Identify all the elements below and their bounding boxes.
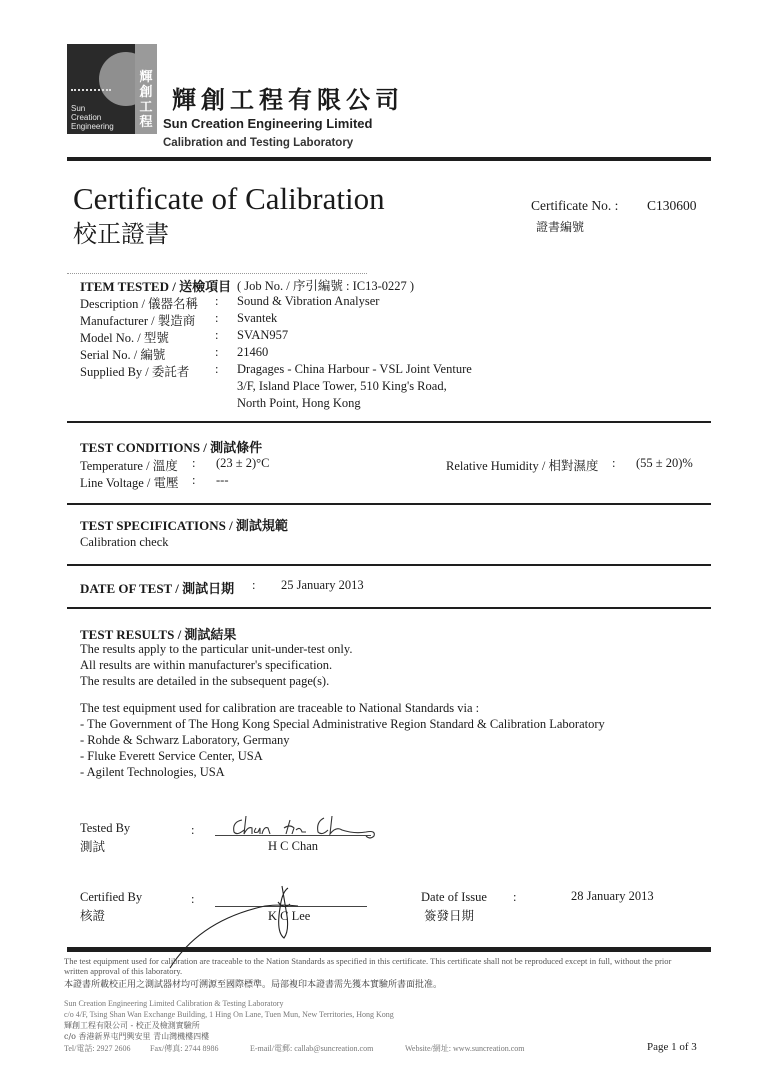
traceability-item: - Fluke Everett Service Center, USA <box>80 749 263 764</box>
job-number: ( Job No. / 序引編號 : IC13-0227 ) <box>237 276 414 294</box>
lab-name: Calibration and Testing Laboratory <box>163 137 353 149</box>
line-voltage-value: --- <box>216 473 229 488</box>
footer-website: Website/網址: www.suncreation.com <box>405 1043 524 1054</box>
company-logo: Sun Creation Engineering 輝 創 工 程 <box>67 44 157 134</box>
traceability-item: - Agilent Technologies, USA <box>80 765 225 780</box>
colon: : <box>215 345 218 360</box>
certificate-no-value: C130600 <box>647 198 697 214</box>
footer-address-en: c/o 4/F, Tsing Shan Wan Exchange Buildin… <box>64 1010 394 1019</box>
footer-email: E-mail/電郵: callab@suncreation.com <box>250 1043 373 1054</box>
traceability-intro: The test equipment used for calibration … <box>80 701 479 716</box>
footer-address-cn: c/o 香港新界屯門興安里 青山灣機樓四樓 <box>64 1031 209 1042</box>
certified-by-label-cn: 核證 <box>80 906 105 924</box>
model-label: Model No. / 型號 <box>80 328 169 346</box>
disclaimer-en: The test equipment used for calibration … <box>64 956 671 966</box>
date-of-issue-label: Date of Issue <box>421 890 487 905</box>
colon: : <box>252 578 255 593</box>
certified-by-label: Certified By <box>80 890 142 905</box>
tested-by-name: H C Chan <box>268 839 318 854</box>
line-voltage-label: Line Voltage / 電壓 <box>80 473 179 491</box>
logo-sparks <box>71 89 111 95</box>
temperature-value: (23 ± 2)°C <box>216 456 270 471</box>
footer-fax: Fax/傳真: 2744 8986 <box>150 1043 218 1054</box>
logo-char: 程 <box>139 115 152 130</box>
supplied-by-value: Dragages - China Harbour - VSL Joint Ven… <box>237 362 472 377</box>
temperature-label: Temperature / 溫度 <box>80 456 178 474</box>
colon: : <box>191 823 194 838</box>
footer-tel: Tel/電話: 2927 2606 <box>64 1043 131 1054</box>
logo-char: 創 <box>139 85 152 100</box>
colon: : <box>215 362 218 377</box>
colon: : <box>215 311 218 326</box>
result-line: All results are within manufacturer's sp… <box>80 658 332 673</box>
section-divider <box>67 564 711 566</box>
manufacturer-label: Manufacturer / 製造商 <box>80 311 195 329</box>
colon: : <box>215 328 218 343</box>
test-conditions-heading: TEST CONDITIONS / 測試條件 <box>80 437 262 456</box>
colon: : <box>215 294 218 309</box>
tested-by-label-cn: 測試 <box>80 837 105 855</box>
logo-text-line: Sun <box>71 104 114 113</box>
footer-divider <box>67 947 711 952</box>
date-of-issue-value: 28 January 2013 <box>571 889 654 904</box>
item-tested-heading: ITEM TESTED / 送檢項目 <box>80 276 231 295</box>
test-specifications-value: Calibration check <box>80 535 169 550</box>
description-label: Description / 儀器名稱 <box>80 294 198 312</box>
result-line: The results apply to the particular unit… <box>80 642 352 657</box>
test-specifications-heading: TEST SPECIFICATIONS / 測試規範 <box>80 515 288 534</box>
supplier-address-line: 3/F, Island Place Tower, 510 King's Road… <box>237 379 447 394</box>
title-divider <box>67 273 367 274</box>
supplier-address-line: North Point, Hong Kong <box>237 396 361 411</box>
date-of-test-value: 25 January 2013 <box>281 578 364 593</box>
humidity-value: (55 ± 20)% <box>636 456 693 471</box>
logo-char: 輝 <box>139 70 152 85</box>
date-of-test-heading: DATE OF TEST / 測試日期 <box>80 578 234 597</box>
logo-cn-strip: 輝 創 工 程 <box>135 44 157 134</box>
footer-company-cn: 輝創工程有限公司 - 校正及檢測實驗所 <box>64 1020 200 1031</box>
model-value: SVAN957 <box>237 328 288 343</box>
document-title: Certificate of Calibration <box>73 181 385 217</box>
humidity-label: Relative Humidity / 相對濕度 <box>446 456 598 474</box>
section-divider <box>67 421 711 423</box>
colon: : <box>513 890 516 905</box>
colon: : <box>612 456 615 471</box>
company-name-en: Sun Creation Engineering Limited <box>163 116 372 131</box>
manufacturer-value: Svantek <box>237 311 277 326</box>
section-divider <box>67 503 711 505</box>
serial-value: 21460 <box>237 345 268 360</box>
description-value: Sound & Vibration Analyser <box>237 294 379 309</box>
serial-label: Serial No. / 編號 <box>80 345 165 363</box>
date-of-issue-label-cn: 簽發日期 <box>424 906 474 924</box>
certificate-no-label-cn: 證書編號 <box>536 218 584 235</box>
traceability-item: - The Government of The Hong Kong Specia… <box>80 717 605 732</box>
section-divider <box>67 607 711 609</box>
supplied-by-label: Supplied By / 委託者 <box>80 362 189 380</box>
disclaimer-cn: 本證書所載校正用之測試器材均可溯源至國際標準。局部複印本證書需先獲本實驗所書面批… <box>64 977 442 990</box>
result-line: The results are detailed in the subseque… <box>80 674 329 689</box>
logo-text: Sun Creation Engineering <box>71 104 114 131</box>
header-divider <box>67 157 711 161</box>
test-results-heading: TEST RESULTS / 測試結果 <box>80 624 236 643</box>
logo-char: 工 <box>139 100 152 115</box>
footer-company: Sun Creation Engineering Limited Calibra… <box>64 999 283 1008</box>
tested-by-label: Tested By <box>80 821 130 836</box>
company-name-cn: 輝創工程有限公司 <box>172 80 404 115</box>
document-title-cn: 校正證書 <box>73 214 169 249</box>
page-number: Page 1 of 3 <box>647 1041 697 1053</box>
logo-text-line: Creation <box>71 113 114 122</box>
colon: : <box>192 473 195 488</box>
disclaimer-en-2: written approval of this laboratory. <box>64 966 182 976</box>
traceability-item: - Rohde & Schwarz Laboratory, Germany <box>80 733 290 748</box>
certificate-no-label: Certificate No. : <box>531 198 618 214</box>
logo-text-line: Engineering <box>71 122 114 131</box>
colon: : <box>192 456 195 471</box>
